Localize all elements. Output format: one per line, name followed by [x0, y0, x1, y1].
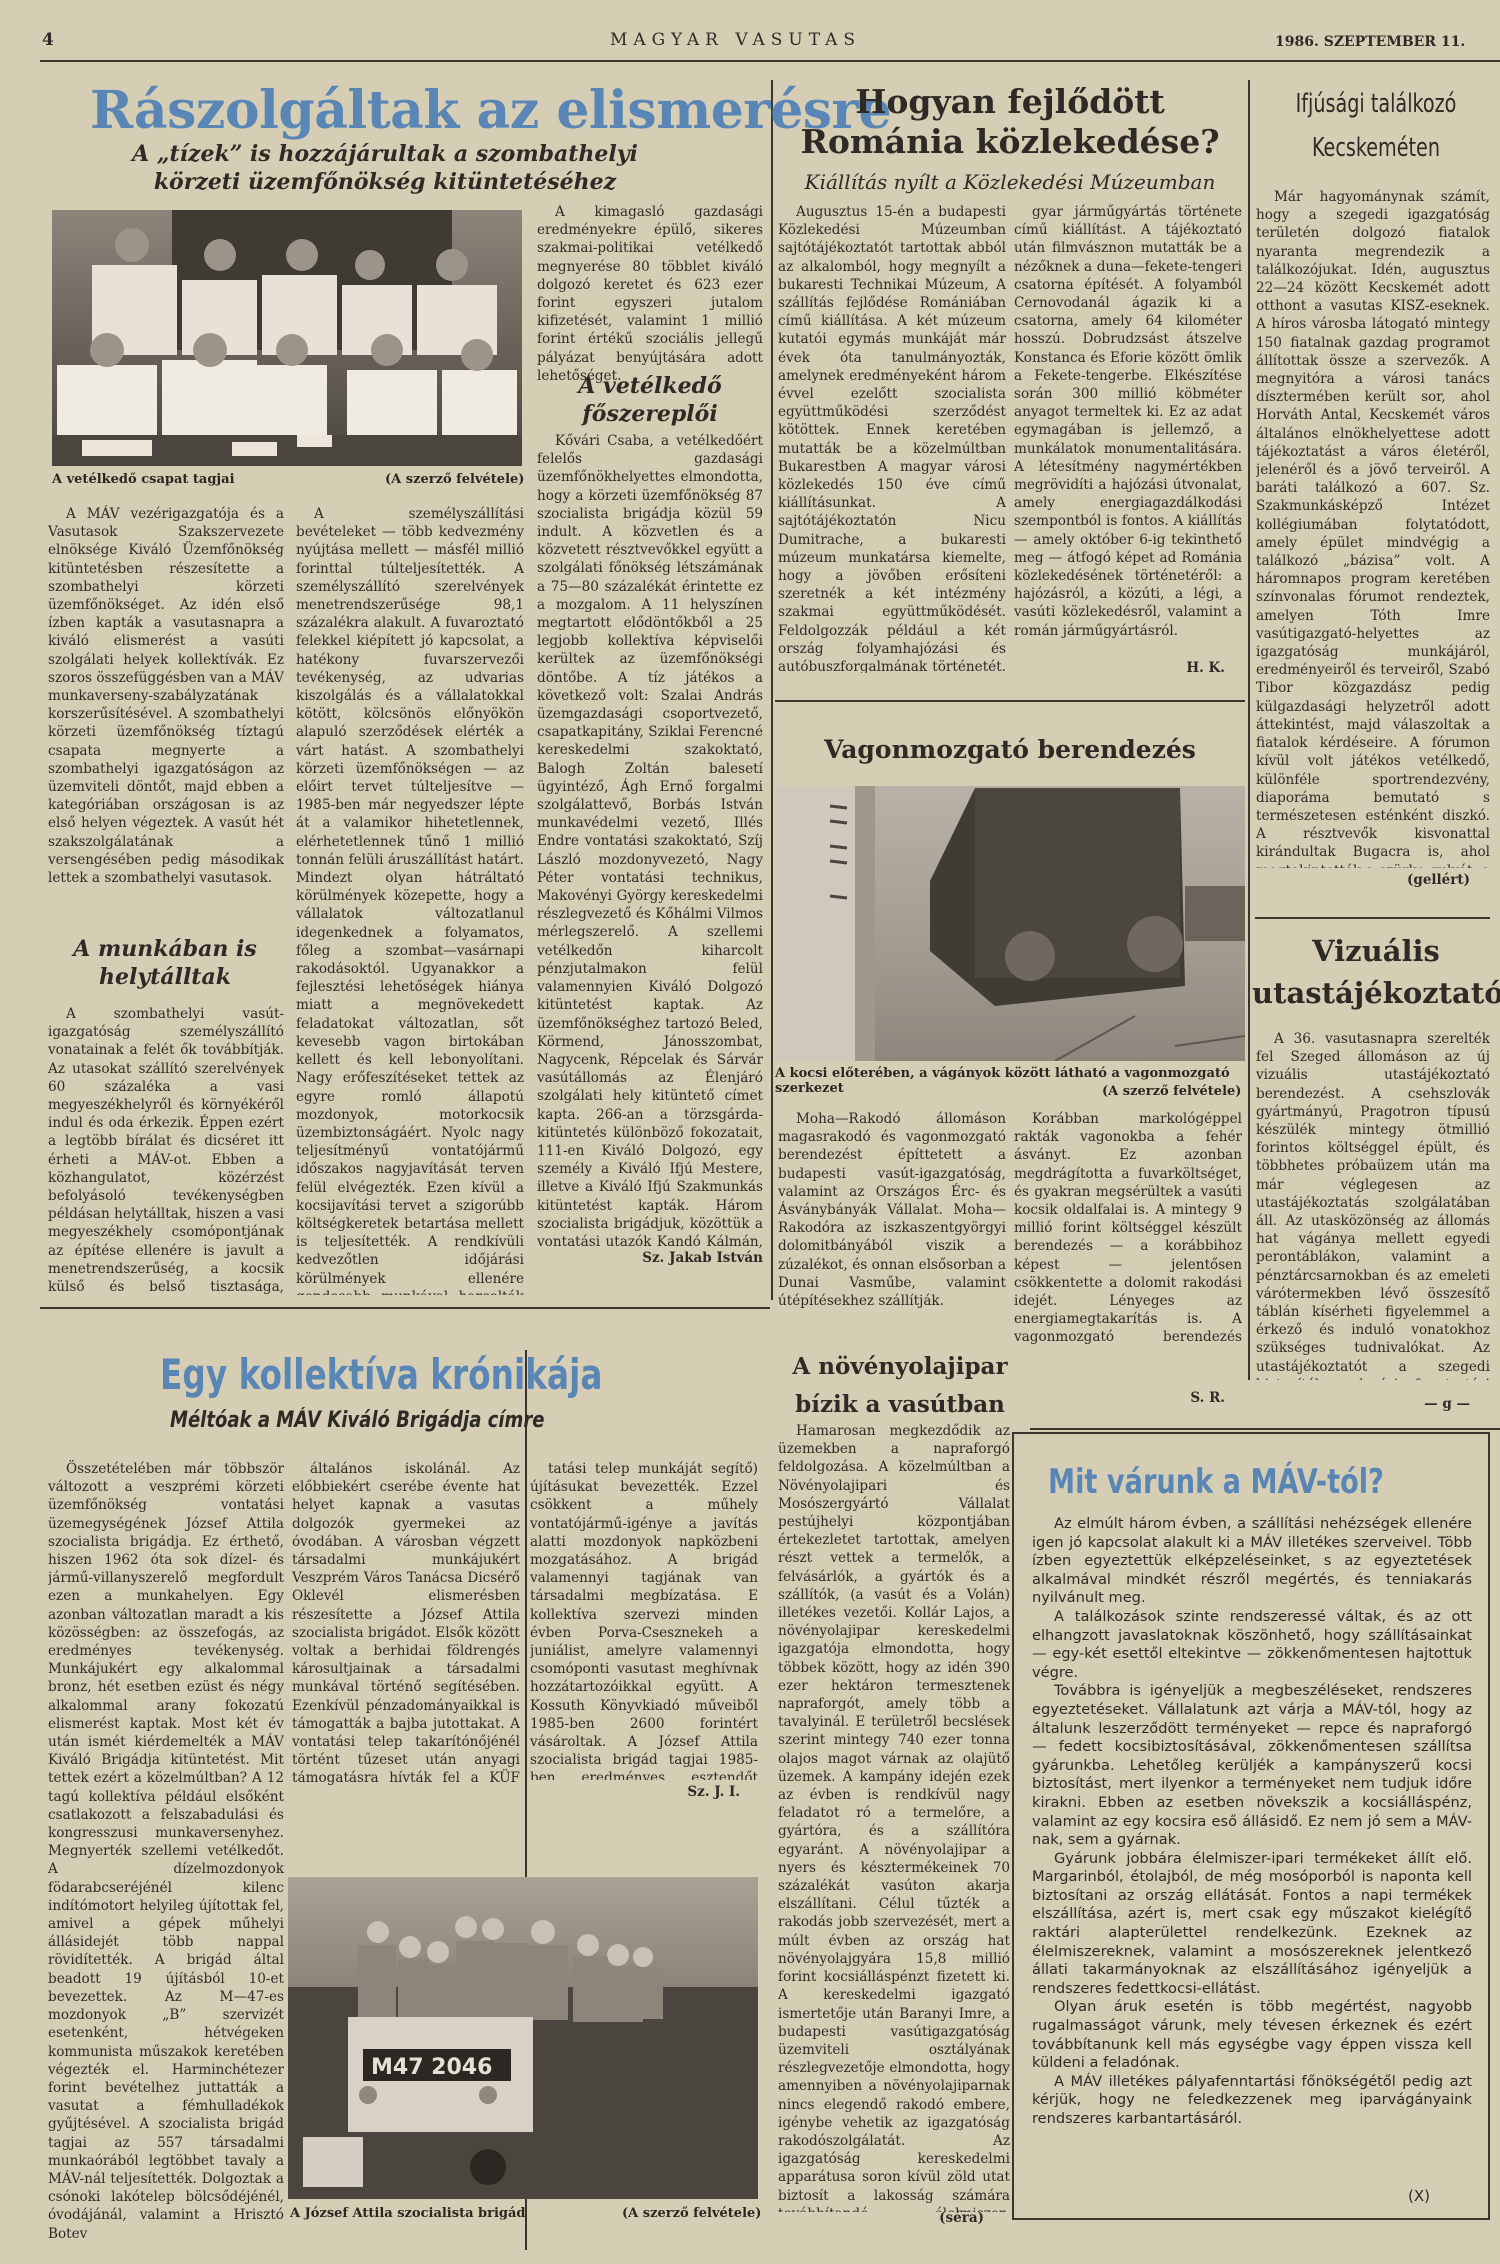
subtitle-line: körzeti üzemfőnökség kitüntetéséhez [100, 168, 670, 196]
brigade-photo: M47 2046 [288, 1877, 758, 2199]
article-2-headline: Hogyan fejlődött Románia közlekedése? [780, 82, 1240, 162]
paragraph: Hamarosan megkezdődik az üzemekben a nap… [778, 1422, 1010, 2212]
paragraph: Már hagyománynak számít, hogy a szegedi … [1256, 188, 1490, 868]
article-3-signature: (gellért) [1300, 872, 1470, 888]
paragraph: A 36. vasutasnapra szerelték fel Szeged … [1256, 1030, 1490, 1380]
article-4-signature: S. R. [1100, 1390, 1225, 1406]
paragraph: Kővári Csaba, a vetélkedőért felelős gaz… [537, 432, 763, 1250]
issue-date: 1986. SZEPTEMBER 11. [1275, 34, 1465, 50]
article-1-col1-body: A MÁV vezérigazgatója és a Vasutasok Sza… [48, 505, 284, 915]
article-8-headline: Mit várunk a MÁV-tól? [1048, 1462, 1384, 1502]
paragraph: Moha—Rakodó állomáson magasrakodó és vag… [778, 1110, 1006, 1310]
headline-line: utastájékoztató [1252, 972, 1500, 1014]
paragraph: A MÁV illetékes pályafenntartási főnöksé… [1032, 2073, 1472, 2129]
article-6-col1: Összetételében már többször változott a … [48, 1460, 284, 2255]
section-rule [40, 1307, 770, 1309]
article-1-subhead-2: A munkában is helytálltak [55, 935, 275, 991]
paragraph: Korábban markológéppel rakták vagonokba … [1014, 1110, 1242, 1345]
brigade-photo-credit: (A szerző felvétele) [622, 2206, 761, 2221]
railway-wagon-illustration [775, 786, 1245, 1061]
article-1-headline: Rászolgáltak az elismerésre [90, 80, 891, 141]
locomotive-illustration: M47 2046 [288, 1877, 758, 2199]
article-2-signature: H. K. [1100, 660, 1225, 676]
paragraph: Olyan áruk esetén is több megértést, nag… [1032, 1998, 1472, 2072]
article-8-signature: (X) [1408, 2187, 1430, 2205]
article-5-body: A 36. vasutasnapra szerelték fel Szeged … [1256, 1030, 1490, 1380]
paragraph: Továbbra is igényeljük a megbeszéléseket… [1032, 1682, 1472, 1849]
article-6-headline: Egy kollektíva krónikája [160, 1350, 602, 1399]
paragraph: Az elmúlt három évben, a szállítási nehé… [1032, 1515, 1472, 1608]
article-1-col3-body: Kővári Csaba, a vetélkedőért felelős gaz… [537, 432, 763, 1250]
headline-line: Románia közlekedése? [780, 122, 1240, 162]
article-4-headline: Vagonmozgató berendezés [780, 735, 1240, 764]
page-number: 4 [42, 30, 54, 50]
article-8-body: Az elmúlt három évben, a szállítási nehé… [1032, 1515, 1472, 2129]
team-photo-caption: A vetélkedő csapat tagjai [52, 472, 235, 487]
article-6-col3: tatási telep munkáját segítő) újításukat… [530, 1460, 758, 1780]
section-rule [1255, 917, 1490, 919]
paragraph: A szombathelyi vasút-igazgatóság személy… [48, 1005, 284, 1295]
paragraph: A személyszállítási bevételeket — több k… [296, 505, 524, 1295]
paragraph: Augusztus 15-én a budapesti Közlekedési … [778, 203, 1006, 673]
article-1-col1-body-2: A szombathelyi vasút-igazgatóság személy… [48, 1005, 284, 1295]
article-7-signature: (séra) [900, 2210, 984, 2226]
article-7-body: Hamarosan megkezdődik az üzemekben a nap… [778, 1422, 1010, 2212]
paragraph: A kimagasló gazdasági eredményekre épülő… [537, 203, 763, 385]
article-1-signature: Sz. Jakab István [600, 1250, 763, 1266]
article-3-body: Már hagyománynak számít, hogy a szegedi … [1256, 188, 1490, 868]
article-2-col2: gyar járműgyártás története című kiállít… [1014, 203, 1242, 653]
headline-line: Kecskeméten [1274, 126, 1477, 170]
article-1-col2-body: A személyszállítási bevételeket — több k… [296, 505, 524, 1295]
article-6-col2: általános iskolánál. Az előbbiekért cser… [292, 1460, 520, 1785]
headline-line: A növényolajipar [780, 1348, 1020, 1386]
headline-line: Vizuális [1252, 930, 1500, 972]
article-5-headline: Vizuális utastájékoztató [1252, 930, 1500, 1014]
section-rule [1030, 1428, 1500, 1430]
column-divider [1248, 80, 1250, 1380]
article-6-subtitle: Méltóak a MÁV Kiváló Brigádja címre [170, 1408, 544, 1433]
brigade-photo-caption: A József Attila szocialista brigád [290, 2206, 526, 2221]
article-2-subtitle: Kiállítás nyílt a Közlekedési Múzeumban [780, 170, 1240, 194]
team-photo-credit: (A szerző felvétele) [385, 472, 524, 487]
locomotive-number: M47 2046 [371, 2055, 492, 2080]
section-rule [775, 700, 1245, 702]
publication-title: MAGYAR VASUTAS [610, 30, 861, 50]
paragraph: általános iskolánál. Az előbbiekért cser… [292, 1460, 520, 1785]
team-photo [52, 210, 522, 466]
paragraph: A találkozások szinte rendszeressé válta… [1032, 1608, 1472, 1682]
masthead-rule [40, 60, 1500, 62]
article-7-headline: A növényolajipar bízik a vasútban [780, 1348, 1020, 1424]
article-1-subtitle: A „tízek” is hozzájárultak a szombathely… [100, 140, 670, 196]
article-4-col1: Moha—Rakodó állomáson magasrakodó és vag… [778, 1110, 1006, 1310]
article-5-signature: — g — [1350, 1396, 1470, 1412]
column-divider [771, 80, 773, 1300]
headline-line: Hogyan fejlődött [780, 82, 1240, 122]
paragraph: Összetételében már többször változott a … [48, 1460, 284, 2243]
paragraph: gyar járműgyártás története című kiállít… [1014, 203, 1242, 640]
wagon-photo-credit: (A szerző felvétele) [1102, 1084, 1241, 1099]
article-2-col1: Augusztus 15-én a budapesti Közlekedési … [778, 203, 1006, 673]
article-1-subhead-1: A vetélkedő főszereplői [545, 372, 755, 428]
group-photo-illustration [52, 210, 522, 466]
headline-line: Ifjúsági találkozó [1274, 82, 1477, 126]
article-3-headline: Ifjúsági találkozó Kecskeméten [1274, 82, 1477, 170]
wagon-photo [775, 786, 1245, 1061]
article-6-signature: Sz. J. I. [620, 1784, 740, 1800]
subtitle-line: A „tízek” is hozzájárultak a szombathely… [100, 140, 670, 168]
headline-line: bízik a vasútban [780, 1386, 1020, 1424]
paragraph: Gyárunk jobbára élelmiszer-ipari terméke… [1032, 1850, 1472, 1999]
paragraph: tatási telep munkáját segítő) újításukat… [530, 1460, 758, 1780]
article-4-col2: Korábban markológéppel rakták vagonokba … [1014, 1110, 1242, 1345]
paragraph: A MÁV vezérigazgatója és a Vasutasok Sza… [48, 505, 284, 887]
article-1-intro: A kimagasló gazdasági eredményekre épülő… [537, 203, 763, 385]
